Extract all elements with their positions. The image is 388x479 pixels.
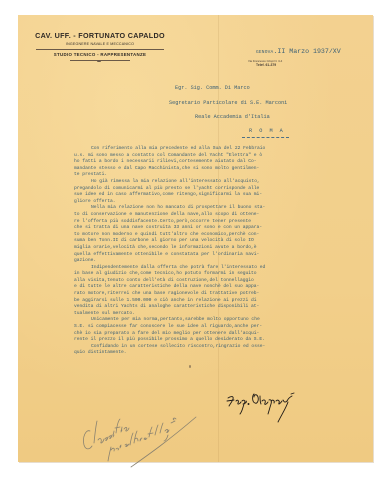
body-line: to di conservazione e manutenzione della… [74, 212, 356, 219]
letterhead: CAV. UFF. - FORTUNATO CAPALDO INGEGNERE … [30, 31, 170, 61]
letterhead-contact: Via Francesco Crispi N. 3-4 Telef. 61-37… [248, 59, 282, 67]
recipient-institution: Reale Accademia d'Italia [195, 114, 270, 120]
letterhead-telephone: Telef. 61-379 [256, 63, 282, 67]
recipient-name: Egr. Sig. Comm. Di Marco [175, 85, 250, 91]
body-line: S.E. si compiacesse far conoscere le sue… [74, 324, 356, 331]
signature [222, 388, 300, 428]
letter-paper: CAV. UFF. - FORTUNATO CAPALDO INGEGNERE … [18, 15, 373, 462]
recipient-city-underline [242, 137, 289, 138]
letterhead-divider [36, 49, 164, 50]
dateline-date: II Marzo 1937/XV [277, 48, 340, 55]
body-line: rente il prezzo il più possibile prossim… [74, 337, 356, 344]
body-line: miglia orarie,velocità che,secondo le in… [74, 245, 356, 252]
dateline: GENOVA.II Marzo 1937/XV [256, 48, 341, 55]
body-line: in base al giudizio che,come tecnico,ho … [74, 271, 356, 278]
letterhead-studio: STUDIO TECNICO - RAPPRESENTANZE [30, 52, 170, 57]
letterhead-subtitle: INGEGNERE NAVALE E MECCANICO [30, 42, 170, 46]
recipient-city: R O M A [249, 128, 285, 134]
body-line: Con riferimento alla mia precedente ed a… [74, 146, 356, 153]
body-line: che si tratta di una nave costruita 33 a… [74, 225, 356, 232]
body-line: gazione. [74, 258, 356, 265]
body-line: rato motore,riterrei che una base ragion… [74, 291, 356, 298]
body-line: vendita di altri Yachts di analoghe cara… [74, 304, 356, 311]
handwritten-annotation [68, 395, 228, 470]
body-line: ho fatti a bordo i necessarii rilievi,co… [74, 159, 356, 166]
body-line: Ho già rimessa la mia relazione all'inte… [74, 179, 356, 186]
letterhead-name: CAV. UFF. - FORTUNATO CAPALDO [30, 31, 170, 40]
recipient-title: Segretario Particolare di S.E. Marconi [169, 100, 287, 106]
body-line: Nella mia relazione non ho mancato di pr… [74, 205, 356, 212]
letter-body: Con riferimento alla mia precedente ed a… [74, 146, 356, 357]
dateline-city: GENOVA [256, 50, 273, 55]
body-line: sue idee ed in caso affermativo,come rit… [74, 192, 356, 199]
body-line: te prestati. [74, 172, 356, 179]
body-line: quella effettivamente ottenibile e const… [74, 252, 356, 259]
ink-mark [189, 365, 191, 368]
letterhead-ornament-icon [70, 60, 130, 61]
body-line: mandante stesso e dal Capo Macchinista,c… [74, 166, 356, 173]
body-line: suma ben Tonn.II di carbone al giorno pe… [74, 238, 356, 245]
body-line: quio distintamente. [74, 350, 356, 357]
